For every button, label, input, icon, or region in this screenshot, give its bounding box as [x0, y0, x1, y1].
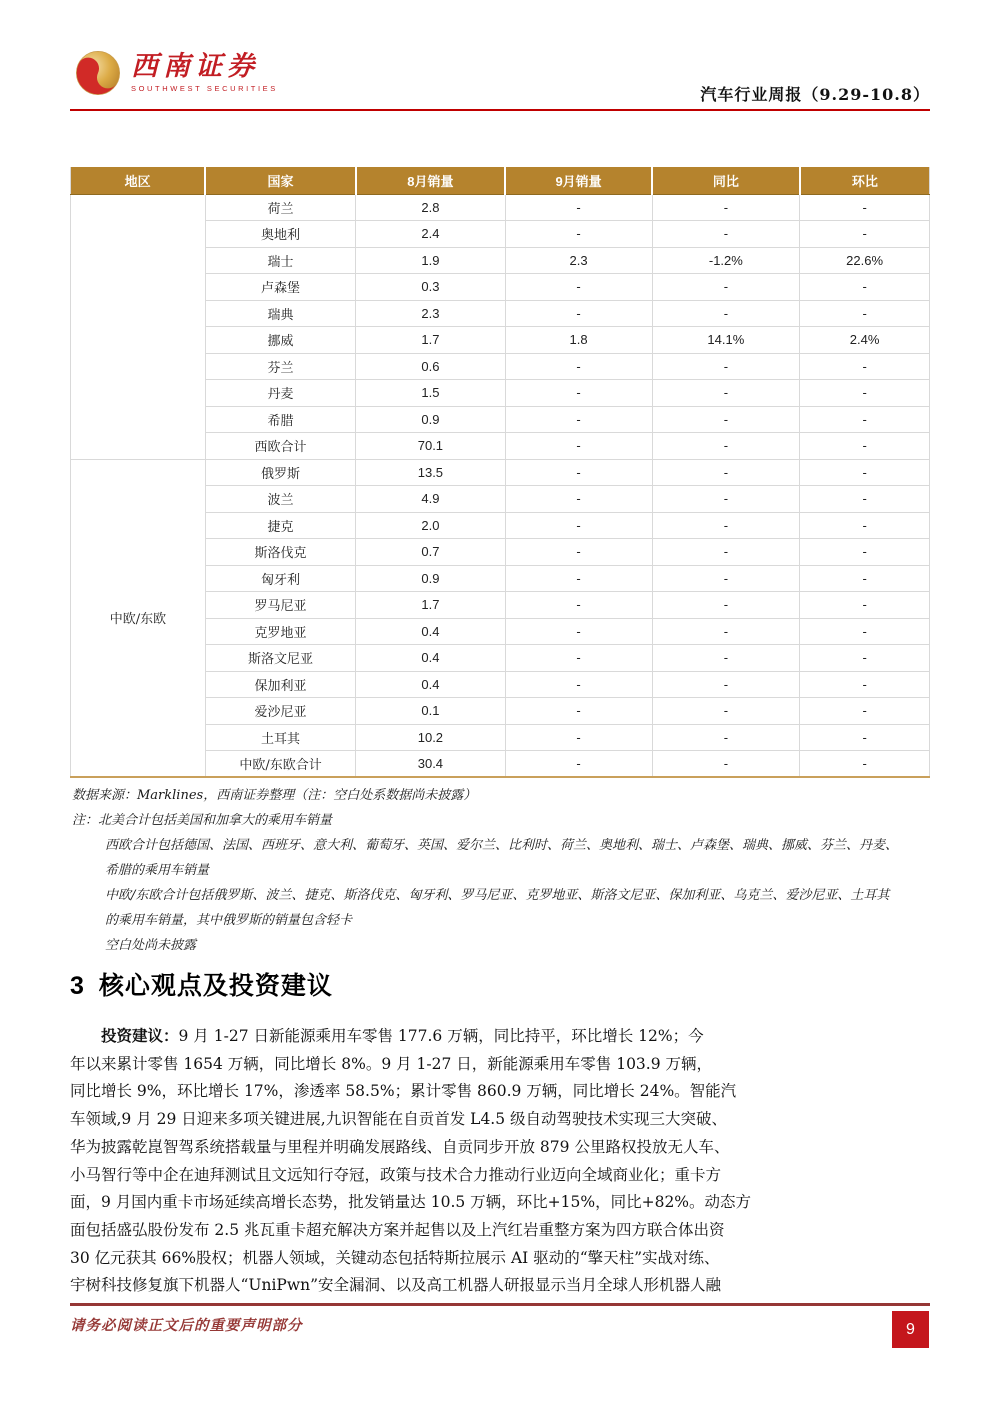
- table-note-line: 中欧/东欧合计包括俄罗斯、波兰、捷克、斯洛伐克、匈牙利、罗马尼亚、克罗地亚、斯洛…: [72, 883, 938, 908]
- country-cell: 爱沙尼亚: [205, 698, 355, 725]
- body-text-line: 华为披露乾崑智驾系统搭载量与里程并明确发展路线、自贡同步开放 879 公里路权投…: [70, 1134, 942, 1162]
- value-cell: 0.6: [356, 353, 505, 380]
- value-cell: -: [800, 300, 930, 327]
- body-text-line: 投资建议：9 月 1-27 日新能源乘用车零售 177.6 万辆，同比持平，环比…: [70, 1022, 942, 1051]
- column-header-country: 国家: [205, 167, 355, 194]
- value-cell: -: [505, 539, 652, 566]
- value-cell: 70.1: [356, 433, 505, 460]
- body-text-line: 小马智行等中企在迪拜测试且文远知行夺冠，政策与技术合力推动行业迈向全域商业化；重…: [70, 1162, 942, 1190]
- column-header-mom: 环比: [800, 167, 930, 194]
- investment-advice-paragraph: 投资建议：9 月 1-27 日新能源乘用车零售 177.6 万辆，同比持平，环比…: [70, 1022, 942, 1300]
- column-header-sep: 9月销量: [505, 167, 652, 194]
- value-cell: -: [505, 221, 652, 248]
- value-cell: -: [800, 512, 930, 539]
- table-note-line: 空白处尚未披露: [72, 933, 938, 958]
- value-cell: -: [652, 300, 800, 327]
- body-text-line: 30 亿元获其 66%股权；机器人领域，关键动态包括特斯拉展示 AI 驱动的“擎…: [70, 1245, 942, 1273]
- value-cell: -: [505, 194, 652, 221]
- value-cell: -: [505, 512, 652, 539]
- country-cell: 俄罗斯: [205, 459, 355, 486]
- value-cell: -: [652, 433, 800, 460]
- value-cell: -: [505, 300, 652, 327]
- value-cell: -: [652, 618, 800, 645]
- column-header-region: 地区: [71, 167, 206, 194]
- value-cell: -1.2%: [652, 247, 800, 274]
- value-cell: -: [652, 380, 800, 407]
- value-cell: 1.5: [356, 380, 505, 407]
- value-cell: -: [800, 353, 930, 380]
- value-cell: -: [505, 380, 652, 407]
- value-cell: 0.4: [356, 671, 505, 698]
- value-cell: -: [652, 751, 800, 778]
- value-cell: 0.9: [356, 406, 505, 433]
- value-cell: -: [652, 406, 800, 433]
- value-cell: -: [505, 274, 652, 301]
- value-cell: -: [505, 592, 652, 619]
- column-header-aug: 8月销量: [356, 167, 505, 194]
- value-cell: -: [800, 592, 930, 619]
- value-cell: 2.0: [356, 512, 505, 539]
- country-cell: 斯洛伐克: [205, 539, 355, 566]
- region-cell: 中欧/东欧: [71, 459, 206, 777]
- value-cell: -: [652, 512, 800, 539]
- value-cell: -: [505, 486, 652, 513]
- value-cell: -: [505, 724, 652, 751]
- value-cell: 0.7: [356, 539, 505, 566]
- value-cell: 2.3: [505, 247, 652, 274]
- country-cell: 芬兰: [205, 353, 355, 380]
- value-cell: -: [800, 406, 930, 433]
- value-cell: 14.1%: [652, 327, 800, 354]
- country-cell: 丹麦: [205, 380, 355, 407]
- value-cell: 0.1: [356, 698, 505, 725]
- value-cell: -: [505, 459, 652, 486]
- value-cell: 0.4: [356, 645, 505, 672]
- table-notes: 数据来源：Marklines，西南证券整理（注：空白处系数据尚未披露）注：北美合…: [72, 783, 938, 958]
- value-cell: -: [800, 274, 930, 301]
- country-cell: 克罗地亚: [205, 618, 355, 645]
- value-cell: 2.3: [356, 300, 505, 327]
- value-cell: -: [505, 645, 652, 672]
- body-text-line: 同比增长 9%，环比增长 17%，渗透率 58.5%；累计零售 860.9 万辆…: [70, 1078, 942, 1106]
- sales-table-wrap: 地区 国家 8月销量 9月销量 同比 环比 荷兰2.8---奥地利2.4---瑞…: [70, 167, 930, 778]
- value-cell: -: [505, 433, 652, 460]
- footer-rule: [70, 1303, 930, 1306]
- country-cell: 西欧合计: [205, 433, 355, 460]
- value-cell: -: [800, 618, 930, 645]
- country-cell: 荷兰: [205, 194, 355, 221]
- body-text-line: 面，9 月国内重卡市场延续高增长态势，批发销量达 10.5 万辆，环比+15%，…: [70, 1189, 942, 1217]
- value-cell: -: [505, 671, 652, 698]
- logo: 西南证券 SOUTHWEST SECURITIES: [75, 50, 278, 96]
- value-cell: -: [652, 539, 800, 566]
- country-cell: 斯洛文尼亚: [205, 645, 355, 672]
- value-cell: -: [652, 194, 800, 221]
- value-cell: -: [652, 724, 800, 751]
- value-cell: 0.4: [356, 618, 505, 645]
- value-cell: -: [800, 433, 930, 460]
- value-cell: -: [652, 353, 800, 380]
- value-cell: 10.2: [356, 724, 505, 751]
- value-cell: -: [505, 353, 652, 380]
- value-cell: -: [652, 645, 800, 672]
- country-cell: 瑞士: [205, 247, 355, 274]
- value-cell: 0.9: [356, 565, 505, 592]
- logo-text: 西南证券 SOUTHWEST SECURITIES: [131, 53, 278, 93]
- value-cell: -: [800, 565, 930, 592]
- value-cell: -: [505, 406, 652, 433]
- country-cell: 土耳其: [205, 724, 355, 751]
- value-cell: -: [652, 671, 800, 698]
- value-cell: 4.9: [356, 486, 505, 513]
- value-cell: -: [652, 592, 800, 619]
- country-cell: 中欧/东欧合计: [205, 751, 355, 778]
- value-cell: 1.7: [356, 592, 505, 619]
- value-cell: 2.4%: [800, 327, 930, 354]
- body-text-line: 面包括盛弘股份发布 2.5 兆瓦重卡超充解决方案并起售以及上汽红岩重整方案为四方…: [70, 1217, 942, 1245]
- country-cell: 罗马尼亚: [205, 592, 355, 619]
- sales-table: 地区 国家 8月销量 9月销量 同比 环比 荷兰2.8---奥地利2.4---瑞…: [70, 167, 930, 778]
- value-cell: 2.8: [356, 194, 505, 221]
- region-cell: [71, 194, 206, 459]
- value-cell: 2.4: [356, 221, 505, 248]
- country-cell: 奥地利: [205, 221, 355, 248]
- country-cell: 匈牙利: [205, 565, 355, 592]
- table-note-line: 注：北美合计包括美国和加拿大的乘用车销量: [72, 808, 938, 833]
- value-cell: -: [652, 565, 800, 592]
- country-cell: 保加利亚: [205, 671, 355, 698]
- value-cell: -: [652, 698, 800, 725]
- value-cell: -: [652, 221, 800, 248]
- logo-en-name: SOUTHWEST SECURITIES: [131, 84, 278, 93]
- table-note-line: 西欧合计包括德国、法国、西班牙、意大利、葡萄牙、英国、爱尔兰、比利时、荷兰、奥地…: [72, 833, 938, 858]
- logo-mark-icon: [75, 50, 121, 96]
- value-cell: -: [505, 618, 652, 645]
- value-cell: -: [800, 724, 930, 751]
- country-cell: 希腊: [205, 406, 355, 433]
- value-cell: 1.7: [356, 327, 505, 354]
- value-cell: -: [652, 459, 800, 486]
- body-text-line: 年以来累计零售 1654 万辆，同比增长 8%。9 月 1-27 日，新能源乘用…: [70, 1051, 942, 1079]
- country-cell: 卢森堡: [205, 274, 355, 301]
- report-page: 西南证券 SOUTHWEST SECURITIES 汽车行业周报（9.29-10…: [0, 0, 1000, 1414]
- value-cell: -: [800, 751, 930, 778]
- table-note-line: 希腊的乘用车销量: [72, 858, 938, 883]
- value-cell: 0.3: [356, 274, 505, 301]
- value-cell: -: [800, 698, 930, 725]
- value-cell: 1.9: [356, 247, 505, 274]
- body-text-line: 宇树科技修复旗下机器人“UniPwn”安全漏洞、以及高工机器人研报显示当月全球人…: [70, 1272, 942, 1300]
- section-title: 核心观点及投资建议: [99, 971, 333, 1000]
- country-cell: 波兰: [205, 486, 355, 513]
- table-header-row: 地区 国家 8月销量 9月销量 同比 环比: [71, 167, 930, 194]
- investment-advice-lead: 投资建议：: [101, 1026, 179, 1045]
- report-title: 汽车行业周报（9.29-10.8）: [700, 82, 930, 105]
- value-cell: 30.4: [356, 751, 505, 778]
- header-rule: [70, 109, 930, 111]
- column-header-yoy: 同比: [652, 167, 800, 194]
- section-number: 3: [70, 972, 85, 1000]
- value-cell: -: [505, 698, 652, 725]
- value-cell: -: [800, 486, 930, 513]
- value-cell: -: [800, 221, 930, 248]
- page-number-badge: 9: [892, 1311, 929, 1348]
- value-cell: 1.8: [505, 327, 652, 354]
- value-cell: -: [652, 486, 800, 513]
- value-cell: -: [800, 194, 930, 221]
- table-note-line: 的乘用车销量，其中俄罗斯的销量包含轻卡: [72, 908, 938, 933]
- value-cell: -: [800, 671, 930, 698]
- country-cell: 挪威: [205, 327, 355, 354]
- value-cell: -: [800, 380, 930, 407]
- logo-cn-name: 西南证券: [131, 53, 278, 80]
- value-cell: -: [800, 539, 930, 566]
- value-cell: -: [505, 751, 652, 778]
- country-cell: 捷克: [205, 512, 355, 539]
- table-note-line: 数据来源：Marklines，西南证券整理（注：空白处系数据尚未披露）: [72, 783, 938, 808]
- value-cell: -: [800, 645, 930, 672]
- table-row: 中欧/东欧俄罗斯13.5---: [71, 459, 930, 486]
- body-text-line: 车领域,9 月 29 日迎来多项关键进展,九识智能在自贡首发 L4.5 级自动驾…: [70, 1106, 942, 1134]
- value-cell: -: [652, 274, 800, 301]
- country-cell: 瑞典: [205, 300, 355, 327]
- value-cell: -: [800, 459, 930, 486]
- value-cell: 13.5: [356, 459, 505, 486]
- section-heading: 3核心观点及投资建议: [70, 966, 333, 1002]
- table-row: 荷兰2.8---: [71, 194, 930, 221]
- value-cell: 22.6%: [800, 247, 930, 274]
- footer-disclaimer: 请务必阅读正文后的重要声明部分: [70, 1314, 303, 1335]
- value-cell: -: [505, 565, 652, 592]
